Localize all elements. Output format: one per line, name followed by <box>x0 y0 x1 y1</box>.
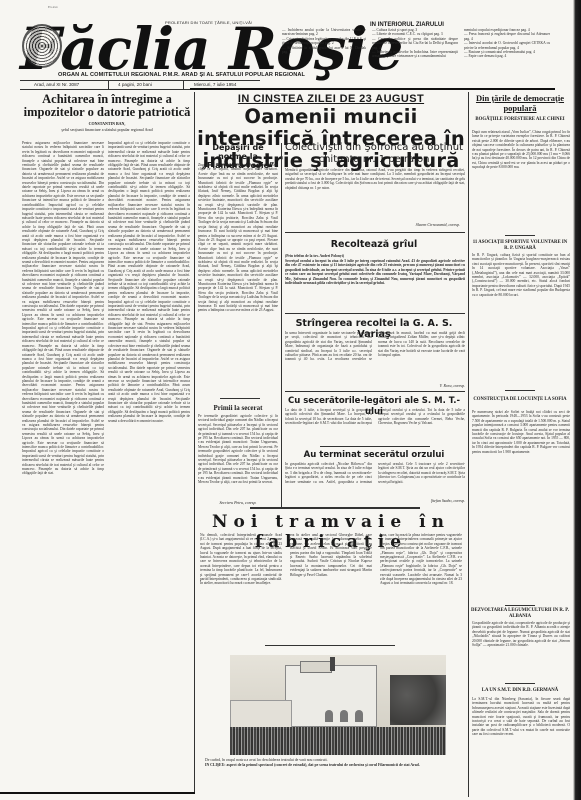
recolteaza-title: Recoltează grîul <box>282 239 466 250</box>
contents-col-3: mentului corpului expediţionar francez p… <box>464 28 550 86</box>
pages-price: 4 pagini, 20 bani <box>118 82 152 87</box>
right-article-2-body: În R. P. Ungară, cultura fizică şi sport… <box>472 253 570 386</box>
photo-caption-1: De curînd, în oraşul nostru a avut loc d… <box>205 758 465 762</box>
banner-title: IN CINSTEA ZILEI DE 23 AUGUST <box>196 93 466 105</box>
tramvaie-body-col1: Nu demult, colectivul întreprinderii com… <box>200 533 282 641</box>
tramvaie-body-col2: era în atelier unul pe sectorul Gheorghe… <box>290 533 372 641</box>
recolteaza-dateline: (Prin telefon de la tov. Andrei Polonyi) <box>285 254 465 258</box>
left-article-body-col2: Impozitul agricol ca şi celelalte impozi… <box>108 141 190 661</box>
left-article-title: Achitarea în întregime a impozitelor o d… <box>22 93 192 119</box>
orz-body: În gospodăria agricolă colectivă „Nicola… <box>285 462 465 498</box>
left-article-author: CONSTANTIN BAN, <box>22 121 192 126</box>
left-article-author-role: şeful secţiunii financiare a sfatului po… <box>55 127 159 132</box>
right-article-4-title: DEZVOLTAREA LEGUMICULTURII IN R. P. ALBA… <box>470 608 570 619</box>
right-article-1-title: BOGĂŢIILE FORESTIERE ALE CHINEI <box>470 117 570 123</box>
organ-line: ORGAN AL COMITETULUI REGIONAL P.M.R. ARA… <box>58 72 305 78</box>
right-article-3-body: Pe numeroase străzi ale Sofiei se înalţă… <box>472 410 570 602</box>
primii-body: Pe terenurile gospodăriei agricole colec… <box>198 414 278 502</box>
newspaper-page: Ex.xxx PROLETARI DIN TOATE ŢĂRILE, UNIŢI… <box>0 0 581 800</box>
contents-col-1: — Inchiderea anului şcolar la Universita… <box>282 28 366 86</box>
right-article-1-body: După cum relatează ziarul „Vom Isoliar”,… <box>472 130 570 233</box>
variasi-signature: V. Roru, coresp. <box>390 383 465 388</box>
recolteaza-body: Secerişul orzului a început în ziua de 5… <box>285 259 465 311</box>
contents-col-2: — Cultura fizică şi sport pag. 3— Libret… <box>372 28 458 86</box>
photo-caption-2: IN CLIŞEU: aspect de la primul spectacol… <box>205 763 465 767</box>
sofronca-body: Membrii gospodăriei agricole colective d… <box>285 168 465 220</box>
primii-title: Primii la secerat <box>198 404 278 412</box>
orz-signature: Ştefan Szabo, coresp. <box>395 498 465 503</box>
right-article-4-body: Gospodăriile agricole de stat, cooperati… <box>472 621 570 681</box>
right-section-title: Din ţările de democraţie populară <box>470 93 570 113</box>
right-article-3-title: CONSTRUCŢIA DE LOCUINŢE LA SOFIA <box>470 397 570 403</box>
archive-stamp: Ex.xxx <box>48 5 58 10</box>
issue-number: Arad, anul XI Nr. 3087 <box>34 82 79 87</box>
coat-of-arms-emblem <box>22 24 62 68</box>
flamura-body: Ziua de 23 August se apropie cu paşi rep… <box>198 163 278 403</box>
orz-title: Au terminat secerătul orzului <box>282 450 466 461</box>
right-article-5-body: La S.M.T.-ul din Nürnberg (Saxonia), în … <box>472 697 570 759</box>
left-article-body-col1: Pentru asigurarea mijloacelor financiare… <box>22 141 104 781</box>
sofronca-title: Colectiviştii din Şofronca au obţinut ch… <box>282 142 466 166</box>
primii-signature: Secrieru Petru, coresp. <box>198 500 278 505</box>
issue-date: Miercuri, 7 iulie 1954 <box>194 82 236 87</box>
variasi-body: În urma întrecerii organizate la toate s… <box>285 331 465 383</box>
right-article-2-title: 11 ASOCIAŢII SPORTIVE VOLUNTARE IN R. P.… <box>470 240 570 251</box>
tramvaie-body-col3: Iona, care lucrează la pînza inferioare … <box>380 533 462 641</box>
sofronca-signature: Slaven Cirnovamid, coresp. <box>380 222 460 227</box>
page-edge <box>573 0 581 800</box>
right-article-5-title: LA UN S.M.T. DIN R.D. GERMANĂ <box>470 688 570 694</box>
secerator-body: La data de 3 iulie, a început secerişul … <box>285 408 465 442</box>
theatre-photo <box>230 655 446 755</box>
